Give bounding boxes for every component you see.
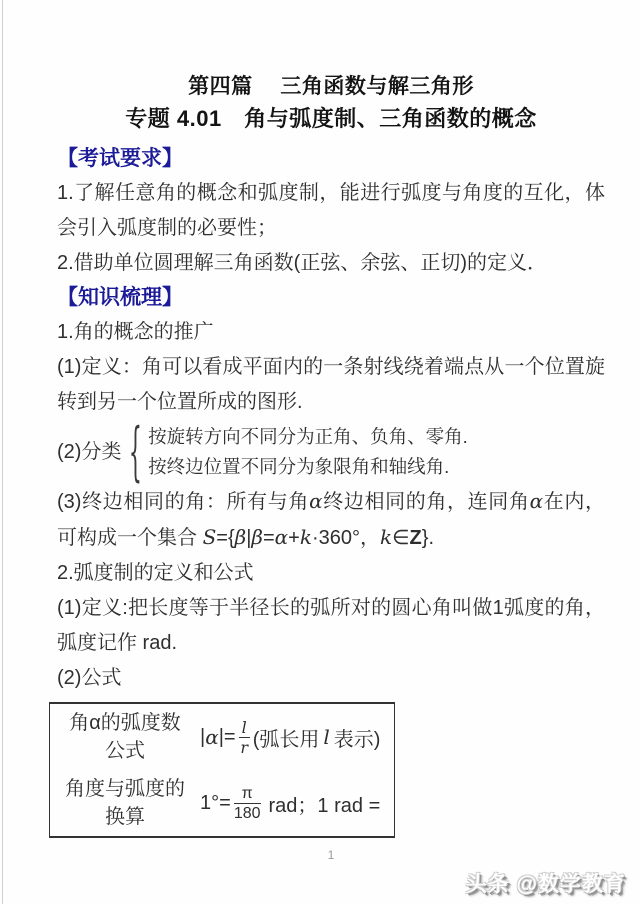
classification-label: (2)分类: [57, 437, 121, 467]
formula-part: ·360°，: [312, 527, 380, 549]
formula-part: k: [380, 525, 392, 549]
table-label: 角α的弧度数 公式: [50, 709, 200, 765]
knowledge-s2-formula-label: (2)公式: [57, 661, 605, 696]
formula-part: |=: [219, 726, 236, 749]
formula-part: S: [203, 525, 217, 549]
page-edge-line: [2, 0, 3, 904]
watermark-toutiao: 头条 @数学教育: [466, 868, 626, 898]
table-label: 角度与弧度的 换算: [50, 775, 200, 831]
formula-part: +: [288, 527, 300, 549]
var-l: l: [323, 725, 329, 749]
fraction-numerator: l: [239, 719, 250, 738]
formula-table: 角α的弧度数 公式 |α|= lr (弧长用l表示) 角度与弧度的 换算 1°=…: [49, 702, 395, 838]
text-part: (3)终边相同的角：所有与角: [57, 491, 309, 513]
table-label-line: 公式: [50, 737, 200, 765]
formula-part: k: [300, 525, 312, 549]
left-brace-glyph: {: [129, 422, 142, 482]
formula-part: =: [263, 527, 275, 549]
text-part: 表示): [334, 723, 381, 752]
classification-item-2: 按终边位置不同分为象限角和轴线角.: [148, 452, 468, 482]
table-value: 1°= π180 rad；1 rad =: [200, 785, 380, 822]
table-label-line: 换算: [50, 803, 200, 831]
knowledge-s1-title: 1.角的概念的推广: [57, 315, 605, 350]
formula-part: ∈: [392, 527, 409, 549]
formula-part: β: [235, 525, 247, 549]
table-value: |α|= lr (弧长用l表示): [200, 719, 380, 756]
classification-items: 按旋转方向不同分为正角、负角、零角. 按终边位置不同分为象限角和轴线角.: [148, 422, 468, 482]
fraction-numerator: π: [234, 785, 261, 804]
exam-requirement-item-2: 2.借助单位圆理解三角函数(正弦、余弦、正切)的定义．: [57, 246, 605, 281]
formula-part: }.: [422, 527, 434, 549]
knowledge-s1-definition: (1)定义：角可以看成平面内的一条射线绕着端点从一个位置旋转到另一个位置所成的图…: [57, 350, 605, 420]
classification-item-1: 按旋转方向不同分为正角、负角、零角.: [148, 422, 468, 452]
exam-requirement-item-1: 1.了解任意角的概念和弧度制，能进行弧度与角度的互化，体会引入弧度制的必要性；: [57, 176, 605, 246]
section-heading-exam-requirements: 【考试要求】: [57, 142, 605, 176]
document-subtitle: 专题 4.01 角与弧度制、三角函数的概念: [57, 102, 605, 136]
formula-part: β: [251, 525, 263, 549]
var-alpha: α: [530, 489, 544, 513]
knowledge-s2-title: 2.弧度制的定义和公式: [57, 556, 605, 591]
page-number: 1: [57, 848, 605, 862]
var-alpha: α: [309, 489, 323, 513]
table-row-degree-radian-conversion: 角度与弧度的 换算 1°= π180 rad；1 rad =: [50, 770, 394, 836]
fraction-l-over-r: lr: [239, 719, 250, 756]
knowledge-s1-coterminal: (3)终边相同的角：所有与角α终边相同的角，连同角α在内，可构成一个集合 S={…: [57, 484, 605, 556]
text-part: (弧长用: [253, 723, 320, 752]
fraction-pi-over-180: π180: [234, 785, 261, 822]
document-page: 第四篇 三角函数与解三角形 专题 4.01 角与弧度制、三角函数的概念 【考试要…: [0, 0, 640, 904]
formula-part: 1°=: [200, 792, 231, 815]
table-row-radian-formula: 角α的弧度数 公式 |α|= lr (弧长用l表示): [50, 704, 394, 770]
knowledge-s2-definition: (1)定义:把长度等于半径长的弧所对的圆心角叫做1弧度的角，弧度记作 rad.: [57, 591, 605, 661]
table-label-line: 角α的弧度数: [50, 709, 200, 737]
formula-part: Z: [410, 527, 422, 549]
document-content: 第四篇 三角函数与解三角形 专题 4.01 角与弧度制、三角函数的概念 【考试要…: [57, 72, 605, 862]
var-alpha: α: [205, 725, 219, 749]
section-heading-knowledge-outline: 【知识梳理】: [57, 281, 605, 315]
fraction-denominator: 180: [234, 804, 261, 822]
text-part: 终边相同的角，连同角: [323, 491, 530, 513]
formula-part: α: [275, 525, 289, 549]
formula-part: rad；1 rad =: [269, 789, 381, 818]
formula-part: ={: [216, 527, 234, 549]
table-label-line: 角度与弧度的: [50, 775, 200, 803]
document-title: 第四篇 三角函数与解三角形: [57, 72, 605, 102]
fraction-denominator: r: [239, 738, 250, 756]
classification-block: (2)分类 { 按旋转方向不同分为正角、负角、零角. 按终边位置不同分为象限角和…: [57, 422, 605, 482]
